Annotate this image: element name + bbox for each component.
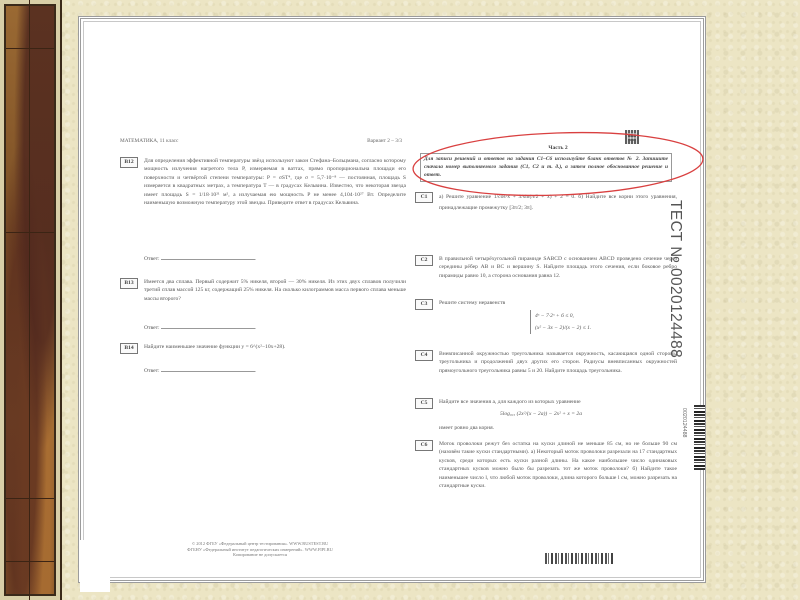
- task-text: В правильной четырёхугольной пирамиде SA…: [439, 255, 677, 280]
- c5-equation: 5log₀,₅ (2x²/(x − 2a)) − 2x² + x = 2a: [500, 410, 582, 418]
- inequality-system: 4ˣ − 7·2ˣ + 6 ≤ 0, (x² − 3x − 2)/(x − 2)…: [530, 310, 591, 334]
- task-label: C1: [415, 192, 433, 203]
- task-label: C3: [415, 299, 433, 310]
- test-number: ТЕСТ № 0020124488: [671, 200, 679, 358]
- barcode-horizontal-icon: [545, 553, 613, 564]
- task-label: C2: [415, 255, 433, 266]
- task-text: Найдите наименьшее значение функции y = …: [144, 343, 406, 351]
- task-label: B13: [120, 278, 138, 289]
- qr-code-icon: [625, 130, 639, 144]
- subject-label: МАТЕМАТИКА, 11 класс: [120, 138, 178, 144]
- task-label: B12: [120, 157, 138, 168]
- task-text: Решите систему неравенств: [439, 299, 677, 307]
- task-label: C5: [415, 398, 433, 409]
- barcode-number: 0020124488: [680, 408, 688, 437]
- part2-title: Часть 2: [518, 144, 598, 152]
- c5-text-after: имеет ровно два корня.: [439, 424, 494, 432]
- task-text: а) Решите уравнение 1/cos²x + 3/sin(π/2 …: [439, 192, 677, 214]
- copyright-footer: © 2012 ФГБУ «Федеральный центр тестирова…: [150, 541, 370, 558]
- footer-line: Копирование не допускается: [150, 552, 370, 558]
- answer-field-b12: Ответ: .: [144, 253, 256, 263]
- task-text: Для определения эффективной температуры …: [144, 157, 406, 207]
- task-text: Имеется два сплава. Первый содержит 5% н…: [144, 278, 406, 303]
- inequality-2: (x² − 3x − 2)/(x − 2) ≤ 1.: [535, 322, 591, 334]
- exam-page-scan: МАТЕМАТИКА, 11 класс Вариант 2 – 3/3 B12…: [80, 20, 710, 580]
- variant-label: Вариант 2 – 3/3: [367, 137, 402, 145]
- answer-label: Ответ:: [144, 325, 160, 331]
- decorative-side-strip: [0, 0, 62, 600]
- task-label: C6: [415, 440, 433, 451]
- inequality-1: 4ˣ − 7·2ˣ + 6 ≤ 0,: [535, 310, 591, 322]
- barcode-vertical-icon: [694, 405, 705, 470]
- page-header: МАТЕМАТИКА, 11 класс Вариант 2 – 3/3: [120, 137, 402, 145]
- task-text: Найдите все значения a, для каждого из к…: [439, 398, 677, 406]
- answer-label: Ответ:: [144, 368, 160, 374]
- task-text: Моток проволоки режут без остатка на кус…: [439, 440, 677, 490]
- answer-label: Ответ:: [144, 256, 160, 262]
- answer-field-b14: Ответ: .: [144, 365, 256, 375]
- task-label: B14: [120, 343, 138, 354]
- task-text: Вневписанной окружностью треугольника на…: [439, 350, 677, 375]
- task-label: C4: [415, 350, 433, 361]
- answer-field-b13: Ответ: .: [144, 322, 256, 332]
- part2-instructions: Для записи решений и ответов на задания …: [420, 153, 672, 182]
